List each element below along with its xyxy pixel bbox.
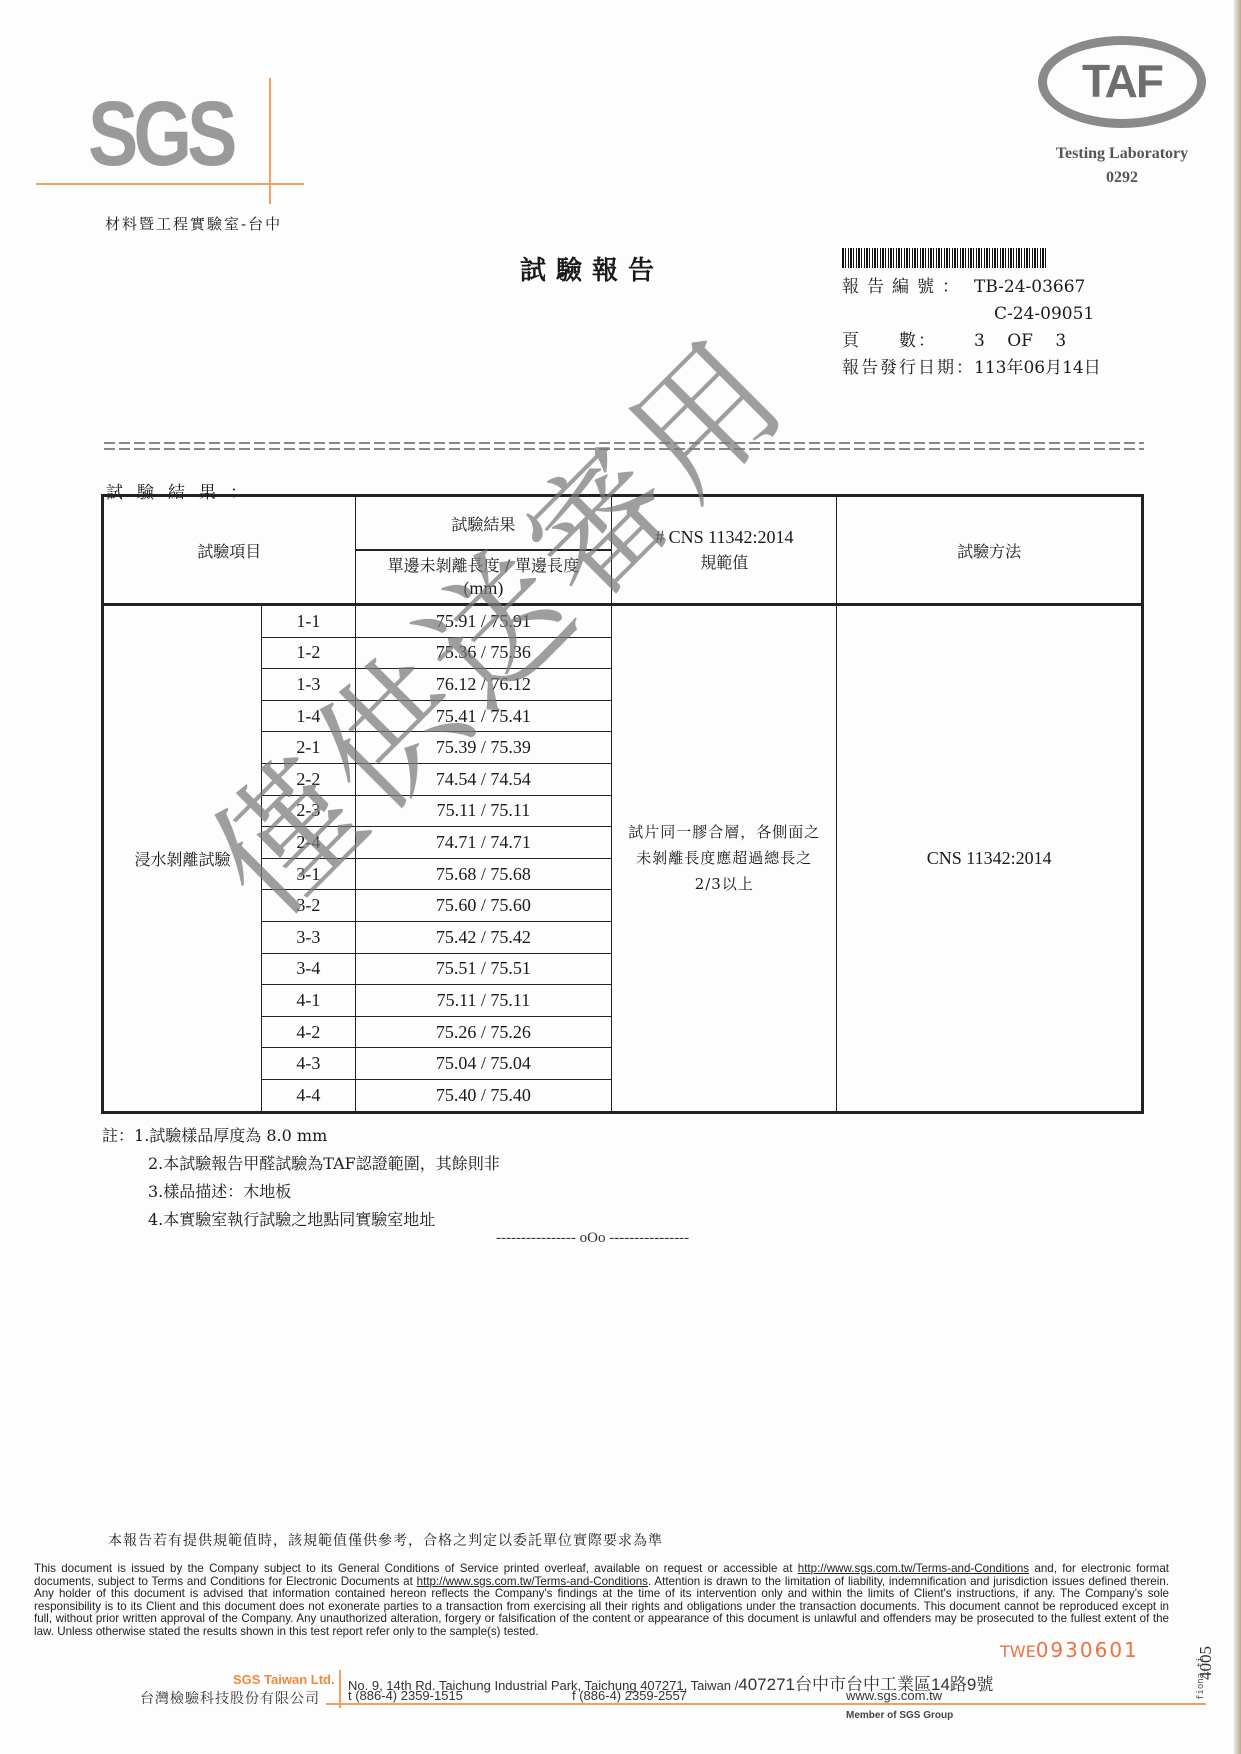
sample-id-cell: 4-1 [262, 985, 356, 1017]
end-of-report-mark: ---------------- oOo ---------------- [496, 1230, 689, 1247]
taf-logo-text: TAF [1030, 54, 1214, 108]
result-value-cell: 75.26 / 75.26 [355, 1016, 612, 1048]
footer-rule-horizontal [326, 1703, 1206, 1705]
result-value-cell: 76.12 / 76.12 [355, 669, 612, 701]
barcode-icon [842, 248, 1047, 268]
logo-rule-vertical [269, 78, 271, 204]
taf-caption-label: Testing Laboratory [1030, 142, 1214, 166]
disclaimer-chinese: 本報告若有提供規範值時，該規範值僅供參考，合格之判定以委託單位實際要求為準 [108, 1530, 663, 1550]
pages-label: 頁 數： [842, 328, 974, 355]
table-row: 浸水剝離試驗1-175.91 / 75.91試片同一膠合層，各側面之未剝離長度應… [103, 605, 1143, 638]
header-spec-label: 規範值 [612, 550, 836, 576]
header-test-result: 試驗結果 [355, 496, 612, 551]
result-value-cell: 75.41 / 75.41 [355, 700, 612, 732]
sample-id-cell: 1-1 [262, 605, 356, 638]
issue-date-row: 報告發行日期： 113年06月14日 [842, 355, 1101, 382]
header-result-sub-label: 單邊未剝離長度 / 單邊長度 [356, 555, 612, 577]
sample-id-cell: 1-4 [262, 700, 356, 732]
result-value-cell: 75.40 / 75.40 [355, 1079, 612, 1112]
logo-rule-horizontal [36, 183, 304, 185]
result-value-cell: 75.51 / 75.51 [355, 953, 612, 985]
terms-link-electronic[interactable]: http://www.sgs.com.tw/Terms-and-Conditio… [417, 1575, 648, 1588]
result-value-cell: 74.71 / 74.71 [355, 827, 612, 859]
issue-date-label: 報告發行日期： [842, 355, 974, 382]
result-value-cell: 75.11 / 75.11 [355, 985, 612, 1017]
sample-id-cell: 1-2 [262, 637, 356, 669]
sample-id-cell: 3-4 [262, 953, 356, 985]
sample-id-cell: 3-3 [262, 921, 356, 953]
notes: 註：1.試驗樣品厚度為 8.0 mm 2.本試驗報告甲醛試驗為TAF認證範圍，其… [102, 1122, 500, 1234]
result-value-cell: 75.39 / 75.39 [355, 732, 612, 764]
sample-id-cell: 1-3 [262, 669, 356, 701]
taf-number: 0292 [1030, 166, 1214, 190]
pages-row: 頁 數： 3 OF 3 [842, 328, 1101, 355]
page-title: 試驗報告 [520, 250, 664, 287]
header-test-method: 試驗方法 [837, 496, 1143, 605]
serial-number: TWE0930601 [1000, 1638, 1139, 1662]
report-meta: 報告編號： TB-24-03667 C-24-09051 頁 數： 3 OF 3… [842, 274, 1101, 382]
disclaimer-english: This document is issued by the Company s… [34, 1563, 1169, 1639]
note-item: 4.本實驗室執行試驗之地點同實驗室地址 [102, 1206, 500, 1234]
result-value-cell: 75.91 / 75.91 [355, 605, 612, 638]
sgs-logo: SGS [88, 88, 233, 180]
test-name-cell: 浸水剝離試驗 [103, 605, 262, 1113]
side-number: 4005 [1196, 1646, 1216, 1680]
footer-website[interactable]: www.sgs.com.tw [846, 1688, 942, 1703]
terms-link[interactable]: http://www.sgs.com.tw/Terms-and-Conditio… [798, 1562, 1029, 1575]
result-value-cell: 75.11 / 75.11 [355, 795, 612, 827]
header-test-item: 試驗項目 [103, 496, 356, 605]
footer-company-zh: 台灣檢驗科技股份有限公司 [140, 1688, 320, 1708]
result-value-cell: 75.42 / 75.42 [355, 921, 612, 953]
sample-id-cell: 2-2 [262, 763, 356, 795]
sample-id-cell: 3-1 [262, 858, 356, 890]
page-edge [1234, 0, 1241, 1754]
sample-id-cell: 4-4 [262, 1079, 356, 1112]
result-value-cell: 75.68 / 75.68 [355, 858, 612, 890]
issue-date: 113年06月14日 [974, 355, 1101, 382]
header-result-sub: 單邊未剝離長度 / 單邊長度 (mm) [355, 550, 612, 605]
taf-caption: Testing Laboratory 0292 [1030, 142, 1214, 190]
result-value-cell: 74.54 / 74.54 [355, 763, 612, 795]
sample-id-cell: 2-4 [262, 827, 356, 859]
note-item: 3.樣品描述：木地板 [102, 1178, 500, 1206]
sample-id-cell: 4-2 [262, 1016, 356, 1048]
footer-phone: t (886-4) 2359-1515 [348, 1688, 463, 1703]
result-value-cell: 75.60 / 75.60 [355, 890, 612, 922]
test-method-cell: CNS 11342:2014 [837, 605, 1143, 1113]
report-number-row-2: C-24-09051 [842, 301, 1101, 328]
footer-fax: f (886-4) 2359-2557 [572, 1688, 687, 1703]
result-value-cell: 75.36 / 75.36 [355, 637, 612, 669]
header-result-unit: (mm) [356, 577, 612, 599]
results-table: 試驗項目 試驗結果 # CNS 11342:2014 規範值 試驗方法 單邊未剝… [101, 494, 1144, 1114]
header-spec: # CNS 11342:2014 規範值 [612, 496, 837, 605]
sample-id-cell: 2-1 [262, 732, 356, 764]
notes-prefix: 註： [102, 1126, 134, 1145]
result-value-cell: 75.04 / 75.04 [355, 1048, 612, 1080]
lab-name: 材料暨工程實驗室-台中 [105, 213, 282, 234]
footer-member: Member of SGS Group [846, 1710, 953, 1721]
double-dashed-divider [104, 442, 1144, 452]
report-number-row: 報告編號： TB-24-03667 [842, 274, 1101, 301]
sample-id-cell: 2-3 [262, 795, 356, 827]
footer-company-en: SGS Taiwan Ltd. [233, 1672, 335, 1687]
note-item: 註：1.試驗樣品厚度為 8.0 mm [102, 1122, 500, 1150]
report-number-label: 報告編號： [842, 274, 974, 301]
report-number-secondary: C-24-09051 [994, 301, 1094, 328]
sample-id-cell: 3-2 [262, 890, 356, 922]
note-item: 2.本試驗報告甲醛試驗為TAF認證範圍，其餘則非 [102, 1150, 500, 1178]
taf-logo: TAF [1030, 28, 1214, 138]
report-number: TB-24-03667 [974, 274, 1085, 301]
spec-value-cell: 試片同一膠合層，各側面之未剝離長度應超過總長之2/3以上 [612, 605, 837, 1113]
pages-value: 3 OF 3 [974, 328, 1066, 355]
header-spec-standard: # CNS 11342:2014 [612, 524, 836, 550]
sample-id-cell: 4-3 [262, 1048, 356, 1080]
